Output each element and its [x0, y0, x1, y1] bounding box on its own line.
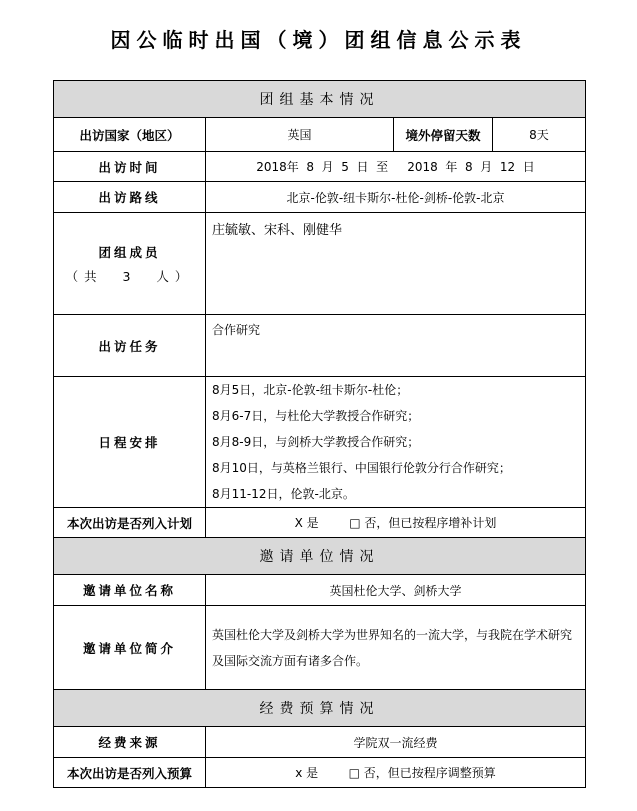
schedule-label: 日程安排	[54, 377, 206, 508]
time-label: 出访时间	[54, 152, 206, 182]
plan-label: 本次出访是否列入计划	[54, 508, 206, 538]
schedule-item: 8月5日，北京-伦敦-纽卡斯尔-杜伦；	[206, 377, 585, 403]
plan-value: X 是 □ 否，但已按程序增补计划	[206, 508, 586, 538]
inviter-name-value: 英国杜伦大学、剑桥大学	[206, 575, 586, 606]
page-title: 因公临时出国（境）团组信息公示表	[0, 24, 637, 53]
section-basic-header: 团组基本情况	[54, 81, 586, 118]
task-value: 合作研究	[206, 315, 586, 377]
schedule-item: 8月11-12日，伦敦-北京。	[206, 481, 585, 507]
route-value: 北京-伦敦-纽卡斯尔-杜伦-剑桥-伦敦-北京	[206, 182, 586, 213]
country-label: 出访国家（地区）	[54, 118, 206, 152]
schedule-item: 8月6-7日，与杜伦大学教授合作研究；	[206, 403, 585, 429]
in-budget-value: x 是 □ 否，但已按程序调整预算	[206, 758, 586, 788]
route-label: 出访路线	[54, 182, 206, 213]
fund-source-label: 经费来源	[54, 727, 206, 758]
task-label: 出访任务	[54, 315, 206, 377]
fund-source-value: 学院双一流经费	[206, 727, 586, 758]
section-budget-header: 经费预算情况	[54, 690, 586, 727]
section-inviter-header: 邀请单位情况	[54, 538, 586, 575]
schedule-item: 8月8-9日，与剑桥大学教授合作研究；	[206, 429, 585, 455]
members-count: （共 3 人）	[54, 267, 205, 285]
inviter-name-label: 邀请单位名称	[54, 575, 206, 606]
members-label: 团组成员	[98, 245, 160, 260]
inviter-intro-value: 英国杜伦大学及剑桥大学为世界知名的一流大学，与我院在学术研究及国际交流方面有诸多…	[206, 606, 586, 690]
schedule-list: 8月5日，北京-伦敦-纽卡斯尔-杜伦； 8月6-7日，与杜伦大学教授合作研究； …	[206, 377, 586, 508]
inviter-intro-label: 邀请单位简介	[54, 606, 206, 690]
members-value: 庄毓敏、宋科、刚健华	[206, 213, 586, 315]
days-value: 8天	[493, 118, 586, 152]
members-label-cell: 团组成员 （共 3 人）	[54, 213, 206, 315]
time-value: 2018年 8 月 5 日 至 2018 年 8 月 12 日	[206, 152, 586, 182]
schedule-item: 8月10日，与英格兰银行、中国银行伦敦分行合作研究；	[206, 455, 585, 481]
in-budget-label: 本次出访是否列入预算	[54, 758, 206, 788]
info-table: 团组基本情况 出访国家（地区） 英国 境外停留天数 8天 出访时间 2018年 …	[53, 80, 586, 788]
days-label: 境外停留天数	[394, 118, 493, 152]
country-value: 英国	[206, 118, 394, 152]
